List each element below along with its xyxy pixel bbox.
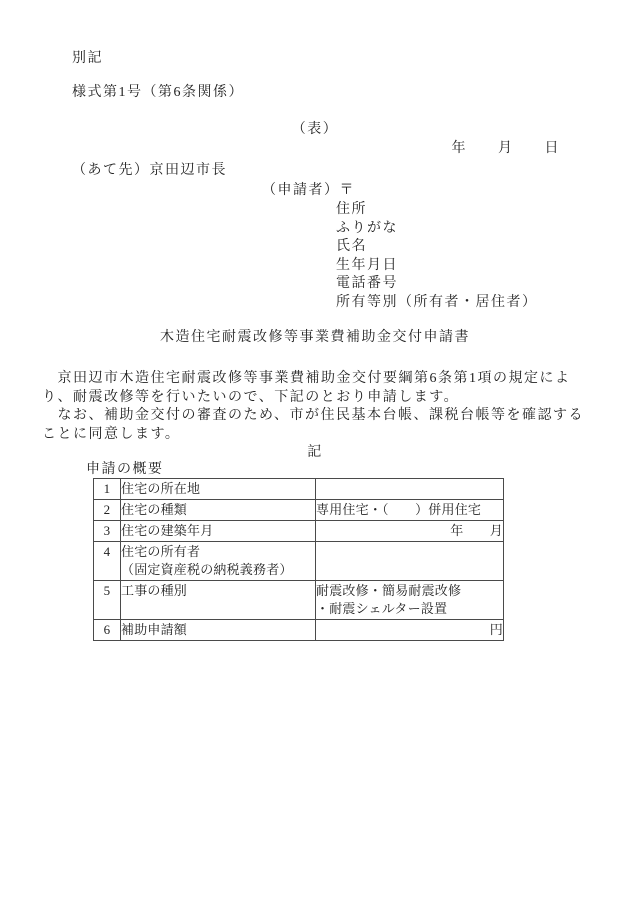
document-title: 木造住宅耐震改修等事業費補助金交付申請書 <box>0 329 630 347</box>
applicant-label: （申請者）〒 <box>262 182 355 200</box>
row-value-cell: 耐震改修・簡易耐震改修 ・耐震シェルター設置 <box>316 581 504 620</box>
body-line: ことに同意します。 <box>42 426 602 445</box>
table-row: 4 住宅の所有者 （固定資産税の納税義務者） <box>94 542 504 581</box>
applicant-field-ownership: 所有等別（所有者・居住者） <box>336 294 538 313</box>
row-value-cell: 年 月 <box>316 521 504 542</box>
row-label-cell: 補助申請額 <box>121 620 316 641</box>
row-value-line: ・耐震シェルター設置 <box>316 600 503 618</box>
row-value-cell <box>316 479 504 500</box>
body-line: 京田辺市木造住宅耐震改修等事業費補助金交付要綱第6条第1項の規定によ <box>42 370 602 389</box>
row-label-line: 住宅の所有者 <box>121 543 315 561</box>
body-line: り、耐震改修等を行いたいので、下記のとおり申請します。 <box>42 389 602 408</box>
note-bekki: 別記 <box>72 50 103 68</box>
table-row: 3 住宅の建築年月 年 月 <box>94 521 504 542</box>
row-number-cell: 6 <box>94 620 121 641</box>
record-mark: 記 <box>0 444 630 462</box>
row-number-cell: 3 <box>94 521 121 542</box>
row-number-cell: 5 <box>94 581 121 620</box>
applicant-fields: 住所 ふりがな 氏名 生年月日 電話番号 所有等別（所有者・居住者） <box>336 201 538 313</box>
form-number: 様式第1号（第6条関係） <box>72 84 244 102</box>
row-number-cell: 2 <box>94 500 121 521</box>
table-caption: 申請の概要 <box>86 461 164 479</box>
body-line: なお、補助金交付の審査のため、市が住民基本台帳、課税台帳等を確認する <box>42 407 602 426</box>
row-label-line: （固定資産税の納税義務者） <box>121 561 315 579</box>
row-number-cell: 4 <box>94 542 121 581</box>
row-value-cell: 専用住宅・（ ）併用住宅 <box>316 500 504 521</box>
application-form-page: 別記 様式第1号（第6条関係） （表） 年 月 日 （あて先）京田辺市長 （申請… <box>0 0 630 903</box>
row-value-line: 耐震改修・簡易耐震改修 <box>316 582 503 600</box>
applicant-field-furigana: ふりがな <box>336 220 538 239</box>
applicant-field-phone: 電話番号 <box>336 275 538 294</box>
row-label-cell: 工事の種別 <box>121 581 316 620</box>
row-value-cell: 円 <box>316 620 504 641</box>
front-side-label: （表） <box>0 121 630 139</box>
date-line: 年 月 日 <box>0 140 630 158</box>
body-text: 京田辺市木造住宅耐震改修等事業費補助金交付要綱第6条第1項の規定によ り、耐震改… <box>42 370 602 444</box>
row-label-cell: 住宅の所有者 （固定資産税の納税義務者） <box>121 542 316 581</box>
applicant-field-name: 氏名 <box>336 238 538 257</box>
row-number-cell: 1 <box>94 479 121 500</box>
row-label-cell: 住宅の所在地 <box>121 479 316 500</box>
table-row: 1 住宅の所在地 <box>94 479 504 500</box>
application-summary-table: 1 住宅の所在地 2 住宅の種類 専用住宅・（ ）併用住宅 3 住宅の建築年月 … <box>93 478 504 641</box>
table-row: 2 住宅の種類 専用住宅・（ ）併用住宅 <box>94 500 504 521</box>
applicant-field-address: 住所 <box>336 201 538 220</box>
row-label-cell: 住宅の建築年月 <box>121 521 316 542</box>
applicant-field-birthdate: 生年月日 <box>336 257 538 276</box>
table-row: 6 補助申請額 円 <box>94 620 504 641</box>
row-value-cell <box>316 542 504 581</box>
row-label-cell: 住宅の種類 <box>121 500 316 521</box>
addressee: （あて先）京田辺市長 <box>72 162 227 180</box>
table-row: 5 工事の種別 耐震改修・簡易耐震改修 ・耐震シェルター設置 <box>94 581 504 620</box>
